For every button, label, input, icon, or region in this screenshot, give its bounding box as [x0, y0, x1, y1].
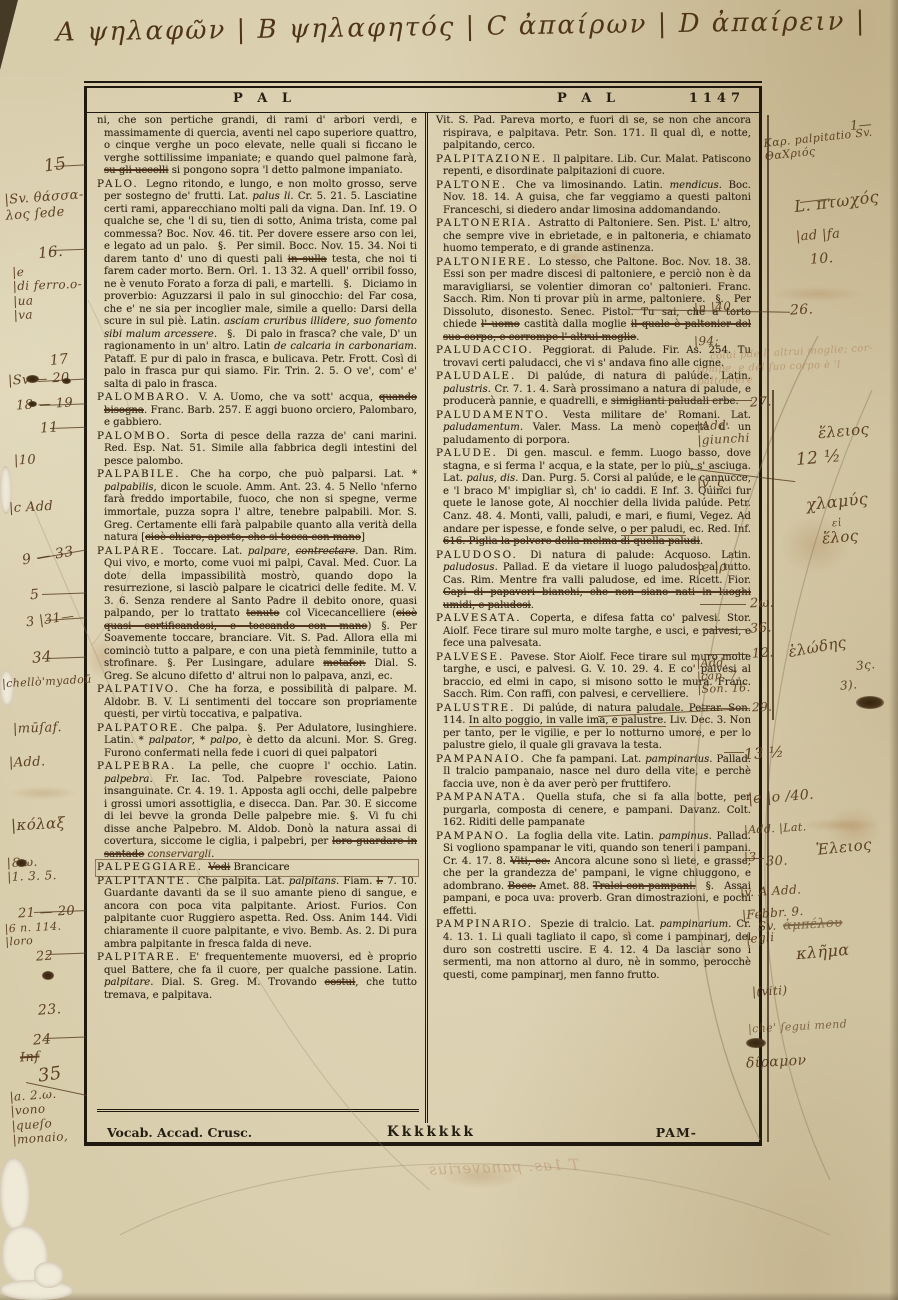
- entry-text: palus, dis: [466, 473, 515, 484]
- margin-note-right: ἀμπέλου: [783, 915, 843, 934]
- margin-note-right: 13 ½: [743, 743, 784, 764]
- margin-note-right: |v. ς: [697, 476, 725, 493]
- ink-blot: [856, 696, 884, 709]
- dictionary-entry: PALPATIVO. Che ha forza, e possibilità d…: [97, 683, 417, 722]
- entry-text: palpitare: [104, 977, 150, 988]
- margin-note-left: |Sv. θάσσα- λος ſede: [4, 187, 85, 224]
- entry-headword: PALUDACCIO.: [436, 344, 542, 356]
- end-of-column-rule: [97, 1109, 419, 1112]
- entry-headword: PALOMBO.: [97, 430, 180, 442]
- struck-text: tenuto: [246, 608, 279, 619]
- entry-text: In alto poggio, in valle ima, e palustre…: [469, 715, 667, 727]
- entry-text: La pelle, che cuopre l' occhio. Latin.: [189, 761, 417, 772]
- entry-headword: PALPARE.: [97, 545, 173, 557]
- entry-text: Spezie di tralcio. Lat.: [540, 919, 660, 930]
- dictionary-entry: PALUDE. Di gen. mascul. e femm. Luogo ba…: [436, 447, 751, 548]
- entry-headword: PALOMBARO.: [97, 391, 199, 403]
- entry-text: palpebra: [104, 774, 149, 785]
- margin-note-right: |Add. |cap. 7. |Son. 16.: [696, 655, 750, 696]
- entry-text: ec. Red. Inf.: [686, 524, 751, 535]
- margin-note-left: |e |di ferro.o- |ua |va: [12, 263, 83, 323]
- entry-headword: PALUDE.: [436, 447, 506, 459]
- pen-stroke: [746, 858, 764, 859]
- entry-text: .: [531, 600, 534, 611]
- margin-note-right: 2ω.: [750, 596, 775, 612]
- page-number: 1147: [689, 91, 745, 106]
- ink-blot: [26, 375, 39, 383]
- margin-note-left: 17: [49, 351, 69, 370]
- column-left: ni, che son pertiche grandi, di rami d' …: [87, 112, 425, 1123]
- page-footer: Vocab. Accad. Crusc. Kkkkkkk PAM-: [87, 1123, 759, 1142]
- margin-note-right: |ad |fa: [796, 226, 841, 245]
- margin-note-left: |Add.: [9, 754, 46, 771]
- entry-text: Toccare. Lat.: [173, 546, 247, 557]
- entry-text: Vit. S. Pad. Pareva morto, e fuori di se…: [436, 115, 751, 151]
- dictionary-entry: PAMPANATA. Quella stufa, che si fa alla …: [436, 791, 751, 830]
- entry-text: palpabilis: [104, 482, 154, 493]
- dictionary-entry: PAMPANAIO. Che fa pampani. Lat. pampinar…: [436, 753, 751, 792]
- entry-text: Pataff. E pur di palo in frasca, e bulic…: [104, 354, 417, 390]
- entry-headword: PALTONIERE.: [436, 256, 539, 268]
- entry-headword: PALPATORE.: [97, 722, 191, 734]
- margin-note-right: 36.: [750, 620, 773, 637]
- margin-note-left: |Ɛ ω. |1. 3. 5.: [7, 854, 58, 884]
- entry-headword: PALVESATA.: [436, 612, 530, 624]
- entry-text: .: [700, 536, 703, 547]
- catchword: PAM-: [656, 1125, 697, 1140]
- margin-note-left: |6 n. 114. |loro: [4, 920, 62, 949]
- scanned-dictionary-page: { "annotations": { "top_line": "A ψηλαφῶ…: [0, 0, 898, 1300]
- margin-note-right: δίραμον: [746, 1052, 807, 1072]
- paper-stain: [770, 286, 865, 302]
- paper-stain: [8, 786, 78, 800]
- struck-text: costui: [325, 977, 356, 988]
- dictionary-entry: PALTONERIA. Astratto di Paltoniere. Sen.…: [436, 217, 751, 256]
- dictionary-entry: PALVESATA. Coperta, e difesa fatta co' p…: [436, 612, 751, 651]
- pen-stroke: [724, 752, 744, 753]
- page-edge-shadow-right: [889, 0, 898, 1300]
- margin-note-right: 30.: [766, 854, 788, 870]
- entry-text: paludamentum: [443, 422, 520, 433]
- pen-stroke: [704, 654, 748, 655]
- entry-text: Che fa pampani. Lat.: [532, 754, 646, 765]
- text-columns: ni, che son pertiche grandi, di rami d' …: [87, 112, 759, 1123]
- entry-headword: PALUDAMENTO.: [436, 409, 563, 421]
- margin-note-left: 23.: [37, 1001, 62, 1019]
- margin-note-left: 5: [29, 587, 40, 605]
- struck-text: Vedi: [208, 862, 230, 873]
- entry-text: Che ha corpo, che può palparsi. Lat. *: [190, 469, 417, 480]
- margin-note-left: |κόλαξ: [11, 814, 66, 835]
- entry-text: col Vicecancelliere (: [279, 608, 396, 619]
- entry-headword: PAMPINARIO.: [436, 918, 540, 930]
- entry-text: . Dial. S. Greg. M. Trovando: [150, 977, 324, 988]
- entry-text: Che va limosinando. Latin.: [516, 180, 670, 191]
- entry-headword: PAMPANATA.: [436, 791, 536, 803]
- entry-text: Che palpita. Lat.: [198, 876, 289, 887]
- torn-paper-chip: [34, 1262, 64, 1288]
- pen-stroke: [700, 604, 746, 605]
- gathering-mark: Kkkkkkk: [387, 1124, 476, 1140]
- page-edge-shadow-bottom: [0, 1292, 898, 1300]
- entry-headword: PALPEBRA.: [97, 760, 189, 772]
- margin-note-right: 27.: [750, 394, 773, 411]
- entry-text: pampinarius: [645, 754, 709, 765]
- entry-headword: PALTONE.: [436, 179, 516, 191]
- margin-note-right: 3ς.: [855, 657, 876, 673]
- entry-text: ,: [287, 546, 296, 557]
- column-right: Vit. S. Pad. Pareva morto, e fuori di se…: [428, 112, 759, 1123]
- entry-headword: PALUDOSO.: [436, 549, 530, 561]
- margin-note-left: 22: [35, 948, 53, 965]
- pen-stroke-vertical: [772, 390, 774, 720]
- margin-note-left: |10: [14, 453, 37, 469]
- pen-stroke: [702, 629, 746, 630]
- entry-text: palpo: [210, 735, 238, 746]
- entry-text: . Fiam.: [336, 876, 377, 887]
- dictionary-entry: PALPABILE. Che ha corpo, che può palpars…: [97, 468, 417, 544]
- margin-note-right: |egli: [746, 930, 775, 946]
- dictionary-entry: PALOMBO. Sorta di pesce della razza de' …: [97, 430, 417, 469]
- entry-text: palus li.: [252, 191, 293, 202]
- entry-text: o per paludi,: [621, 524, 686, 536]
- struck-text: Bocc.: [508, 881, 536, 892]
- entry-text: , *: [192, 735, 210, 746]
- entry-headword: PALPITANTE.: [97, 875, 198, 887]
- struck-text: su gli uccelli: [104, 165, 168, 176]
- dictionary-entry: PAMPANO. La foglia della vite. Latin. pa…: [436, 830, 751, 919]
- handwritten-correction: conservargli: [147, 849, 211, 860]
- struck-text: contrectare: [296, 546, 356, 557]
- entry-text: .: [636, 332, 639, 343]
- entry-text: de calcaria in carbonariam.: [274, 341, 417, 352]
- volume-signature: Vocab. Accad. Crusc.: [107, 1125, 252, 1140]
- margin-note-left: |c Add: [9, 499, 54, 517]
- running-title-right: P A L: [557, 91, 620, 106]
- margin-note-left: |mūſaf.: [13, 720, 62, 737]
- entry-text: castità dalla moglie: [520, 319, 631, 330]
- dictionary-entry: PAMPINARIO. Spezie di tralcio. Lat. pamp…: [436, 918, 751, 982]
- entry-headword: PALPATIVO.: [97, 683, 188, 695]
- entry-headword: PALUDALE.: [436, 370, 527, 382]
- ink-blot: [62, 378, 71, 384]
- margin-note-right: 26.: [790, 301, 814, 319]
- entry-headword: PAMPANO.: [436, 830, 517, 842]
- struck-text: Tralci con pampani.: [593, 881, 696, 892]
- entry-text: ni, che son pertiche grandi, di rami d' …: [97, 115, 417, 164]
- entry-text: V. A. Uomo, che va sott' acqua,: [199, 392, 379, 403]
- entry-text: ]: [361, 532, 365, 543]
- dictionary-entry: PALPITAZIONE. Il palpitare. Lib. Cur. Ma…: [436, 153, 751, 179]
- dictionary-entry: PALPITARE. E' frequentemente muoversi, e…: [97, 951, 417, 1002]
- entry-text: pampinus: [659, 831, 709, 842]
- margin-note-right: |Add. |giunchi: [696, 417, 750, 448]
- margin-note-left: 16.: [37, 242, 64, 263]
- margin-note-left: 35: [37, 1062, 63, 1087]
- entry-text: .: [211, 849, 214, 860]
- dictionary-entry: PALTONE. Che va limosinando. Latin. mend…: [436, 179, 751, 218]
- entry-text: si pongono sopra 'l detto palmone impani…: [168, 165, 402, 176]
- struck-text: 616. Piglia la polvere della melma di qu…: [443, 536, 700, 547]
- margin-note-right: ἕλος: [821, 526, 859, 547]
- entry-headword: PALPITARE.: [97, 951, 189, 963]
- margin-note-left: |a. 2.ω. |vono |queſo |monaio,: [9, 1086, 68, 1147]
- dictionary-entry: Vit. S. Pad. Pareva morto, e fuori di se…: [436, 115, 751, 153]
- running-header: P A L P A L 1147: [87, 88, 759, 113]
- margin-note-right: |n |40.: [694, 299, 736, 316]
- entry-text: Brancicare: [230, 862, 289, 873]
- ink-blot: [28, 401, 37, 407]
- entry-headword: PALVESE.: [436, 651, 511, 663]
- dictionary-entry: PALPITANTE. Che palpita. Lat. palpitans.…: [97, 875, 417, 951]
- dictionary-entry: PALPARE. Toccare. Lat. palpare, contrect…: [97, 545, 417, 684]
- margin-note-right: |(viti): [752, 983, 788, 999]
- entry-headword: PALTONERIA.: [436, 217, 539, 229]
- margin-note-right: |94;: [694, 334, 719, 349]
- dictionary-entry: PALO. Legno ritondo, e lungo, e non molt…: [97, 178, 417, 392]
- margin-note-right: 12.: [752, 645, 775, 662]
- entry-headword: PALO.: [97, 178, 146, 190]
- margin-note-right: |e |ρ: [697, 559, 728, 576]
- dictionary-entry: PALPEBRA. La pelle, che cuopre l' occhio…: [97, 760, 417, 861]
- ink-blot: [16, 859, 27, 867]
- entry-text: mendicus: [670, 180, 719, 191]
- margin-note-right: 10.: [809, 250, 834, 268]
- dictionary-entry: PALPEGGIARE. Vedi Brancicare: [97, 861, 417, 875]
- ink-blot: [746, 1038, 766, 1048]
- struck-text: l' uomo: [481, 319, 520, 330]
- dictionary-entry: PALOMBARO. V. A. Uomo, che va sott' acqu…: [97, 391, 417, 430]
- running-title-left: P A L: [233, 91, 296, 106]
- margin-note-left: Inf: [20, 1049, 40, 1066]
- torn-paper-chip: [0, 1158, 30, 1230]
- margin-note-right: 12 ½: [795, 446, 842, 470]
- pen-stroke: [612, 400, 752, 401]
- dictionary-entry: PALUDOSO. Di natura di palude: Acquoso. …: [436, 549, 751, 613]
- struck-text: Capi di papaveri bianchi, che non siano …: [443, 587, 751, 611]
- pen-stroke-vertical: [767, 115, 769, 1142]
- margin-note-right: 3).: [839, 677, 858, 693]
- entry-headword: PALUSTRE.: [436, 702, 523, 714]
- entry-text: palpare: [248, 546, 287, 557]
- entry-text: paludosus: [443, 562, 495, 573]
- struck-text: in sulla: [288, 254, 327, 265]
- entry-text: palpator: [149, 735, 192, 746]
- dictionary-entry: ni, che son pertiche grandi, di rami d' …: [97, 115, 417, 178]
- entry-headword: PAMPANAIO.: [436, 753, 532, 765]
- pen-stroke: [700, 708, 748, 709]
- entry-text: pampinarium: [660, 919, 728, 930]
- entry-headword: PALPITAZIONE.: [436, 153, 553, 165]
- entry-text: Amet. 88.: [536, 881, 593, 892]
- struck-text: metafor.: [323, 658, 365, 669]
- struck-text: cioè chiaro, aperto, che si tocca con ma…: [145, 532, 361, 543]
- entry-headword: PALPABILE.: [97, 468, 190, 480]
- entry-text: palpitans: [289, 876, 336, 887]
- margin-note-right: 29.: [752, 700, 773, 715]
- entry-text: La foglia della vite. Latin.: [517, 831, 659, 842]
- printed-page-frame: P A L P A L 1147 ni, che son pertiche gr…: [84, 86, 762, 1146]
- entry-text: . Franc. Barb. 257. E aggi buono orciero…: [104, 405, 417, 429]
- ink-blot: [42, 971, 54, 980]
- dictionary-entry: PALPATORE. Che palpa. §. Per Adulatore, …: [97, 722, 417, 761]
- struck-text: Viti, ec.: [510, 856, 550, 867]
- margin-note-left: 24: [32, 1031, 52, 1049]
- entry-text: palustris: [443, 384, 488, 395]
- entry-headword: PALPEGGIARE.: [97, 861, 208, 873]
